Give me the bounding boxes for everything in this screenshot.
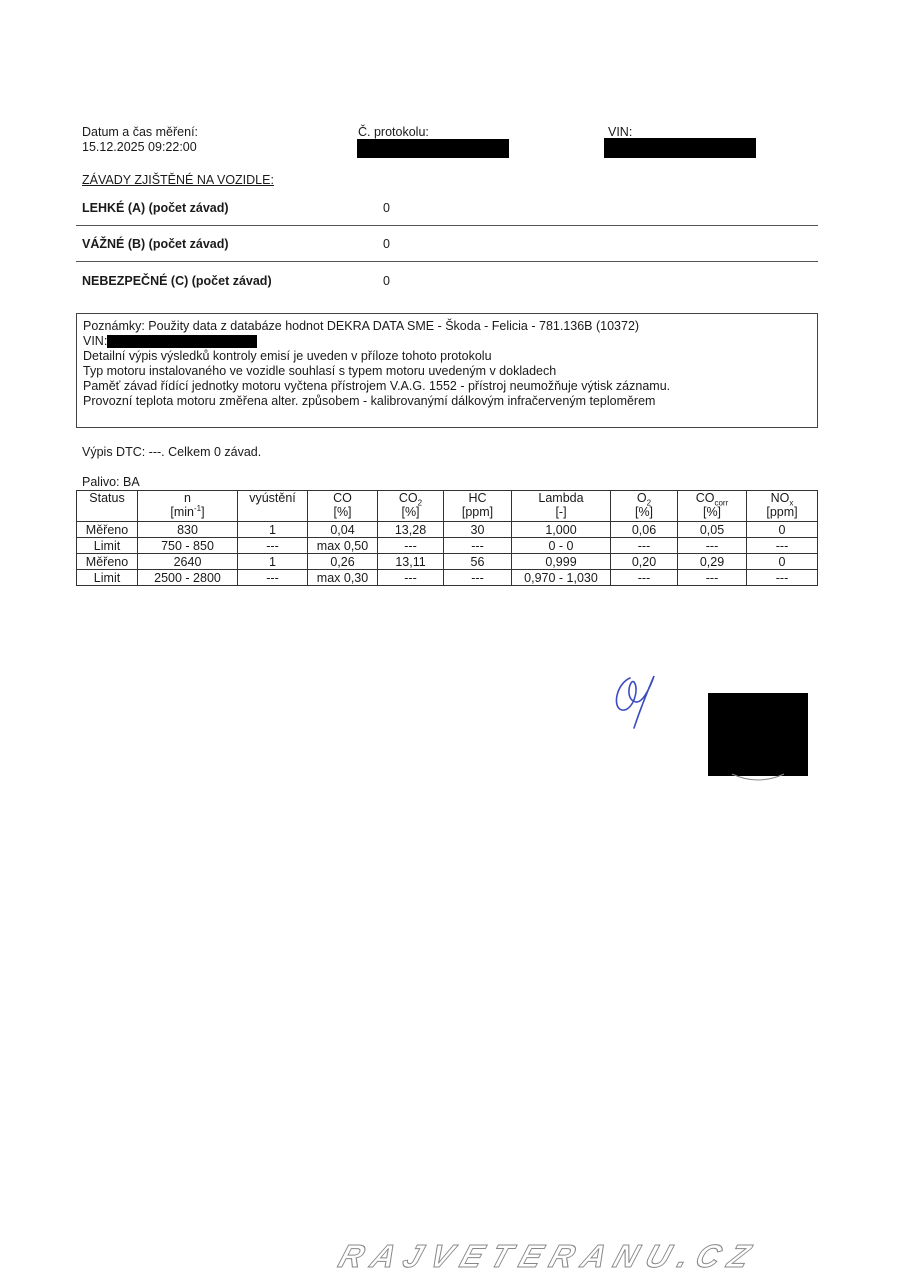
defect-major-label: VÁŽNÉ (B) (počet závad)	[82, 237, 229, 251]
watermark: RAJVETERANU.CZ	[334, 1238, 764, 1275]
notes-line: Poznámky: Použity data z databáze hodnot…	[83, 319, 639, 334]
table-cell: 0,05	[678, 522, 747, 538]
table-cell: ---	[444, 538, 512, 554]
table-cell: ---	[238, 538, 308, 554]
table-cell: ---	[611, 570, 678, 586]
table-row: Měřeno83010,0413,28301,0000,060,050	[77, 522, 818, 538]
notes-line: Typ motoru instalovaného ve vozidle souh…	[83, 364, 556, 379]
table-cell: Měřeno	[77, 554, 138, 570]
header-status: Status	[77, 491, 138, 522]
datetime-value: 15.12.2025 09:22:00	[82, 140, 197, 155]
notes-line: Provozní teplota motoru změřena alter. z…	[83, 394, 655, 409]
defect-dangerous-count: 0	[383, 274, 390, 289]
table-cell: max 0,50	[308, 538, 378, 554]
table-cell: ---	[678, 570, 747, 586]
table-cell: max 0,30	[308, 570, 378, 586]
table-cell: 0,26	[308, 554, 378, 570]
divider	[76, 261, 818, 262]
stamp-redaction	[708, 693, 808, 776]
table-cell: ---	[747, 570, 818, 586]
table-cell: 0,06	[611, 522, 678, 538]
table-cell: ---	[444, 570, 512, 586]
header-co: CO[%]	[308, 491, 378, 522]
table-cell: 1,000	[512, 522, 611, 538]
table-cell: 0	[747, 522, 818, 538]
defect-major-count: 0	[383, 237, 390, 252]
table-cell: 750 - 850	[138, 538, 238, 554]
table-cell: ---	[238, 570, 308, 586]
table-cell: 2500 - 2800	[138, 570, 238, 586]
table-cell: Limit	[77, 570, 138, 586]
table-cell: Limit	[77, 538, 138, 554]
header-o2: O2[%]	[611, 491, 678, 522]
table-cell: 1	[238, 554, 308, 570]
table-cell: 0	[747, 554, 818, 570]
table-cell: ---	[611, 538, 678, 554]
defect-dangerous-label: NEBEZPEČNÉ (C) (počet závad)	[82, 274, 272, 288]
table-cell: 830	[138, 522, 238, 538]
table-cell: ---	[747, 538, 818, 554]
table-cell: 1	[238, 522, 308, 538]
vin-redaction	[604, 138, 756, 158]
defect-light-label: LEHKÉ (A) (počet závad)	[82, 201, 229, 215]
table-cell: 56	[444, 554, 512, 570]
header-lambda: Lambda[-]	[512, 491, 611, 522]
header-rpm: n[min-1]	[138, 491, 238, 522]
table-row: Limit750 - 850---max 0,50------0 - 0----…	[77, 538, 818, 554]
table-cell: 0,970 - 1,030	[512, 570, 611, 586]
notes-line: Detailní výpis výsledků kontroly emisí j…	[83, 349, 492, 364]
protocol-redaction	[357, 139, 509, 158]
table-cell: ---	[678, 538, 747, 554]
table-cell: ---	[378, 538, 444, 554]
notes-vin-label: VIN:	[83, 334, 107, 349]
header-outlet: vyústění	[238, 491, 308, 522]
table-cell: 30	[444, 522, 512, 538]
table-cell: 0,04	[308, 522, 378, 538]
header-nox: NOx[ppm]	[747, 491, 818, 522]
divider	[76, 225, 818, 226]
emissions-table: Status n[min-1] vyústění CO[%] CO2[%] HC…	[76, 490, 818, 586]
table-cell: 0,999	[512, 554, 611, 570]
fuel-type: Palivo: BA	[82, 475, 140, 490]
stamp-edge-icon	[730, 772, 786, 784]
table-cell: 13,11	[378, 554, 444, 570]
header-hc: HC[ppm]	[444, 491, 512, 522]
table-cell: ---	[378, 570, 444, 586]
protocol-label: Č. protokolu:	[358, 125, 429, 140]
table-cell: 0,20	[611, 554, 678, 570]
header-co2: CO2[%]	[378, 491, 444, 522]
defect-light-count: 0	[383, 201, 390, 216]
table-row: Limit2500 - 2800---max 0,30------0,970 -…	[77, 570, 818, 586]
signature-icon	[610, 670, 680, 740]
table-cell: 2640	[138, 554, 238, 570]
table-cell: 0 - 0	[512, 538, 611, 554]
datetime-label: Datum a čas měření:	[82, 125, 198, 140]
table-cell: 13,28	[378, 522, 444, 538]
header-cocorr: COcorr[%]	[678, 491, 747, 522]
dtc-summary: Výpis DTC: ---. Celkem 0 závad.	[82, 445, 261, 460]
defects-title: ZÁVADY ZJIŠTĚNÉ NA VOZIDLE:	[82, 173, 274, 188]
table-cell: Měřeno	[77, 522, 138, 538]
notes-box: Poznámky: Použity data z databáze hodnot…	[76, 313, 818, 428]
table-cell: 0,29	[678, 554, 747, 570]
notes-vin-redaction	[107, 335, 257, 348]
notes-line: Paměť závad řídící jednotky motoru vyčte…	[83, 379, 670, 394]
table-header-row: Status n[min-1] vyústění CO[%] CO2[%] HC…	[77, 491, 818, 522]
table-row: Měřeno264010,2613,11560,9990,200,290	[77, 554, 818, 570]
